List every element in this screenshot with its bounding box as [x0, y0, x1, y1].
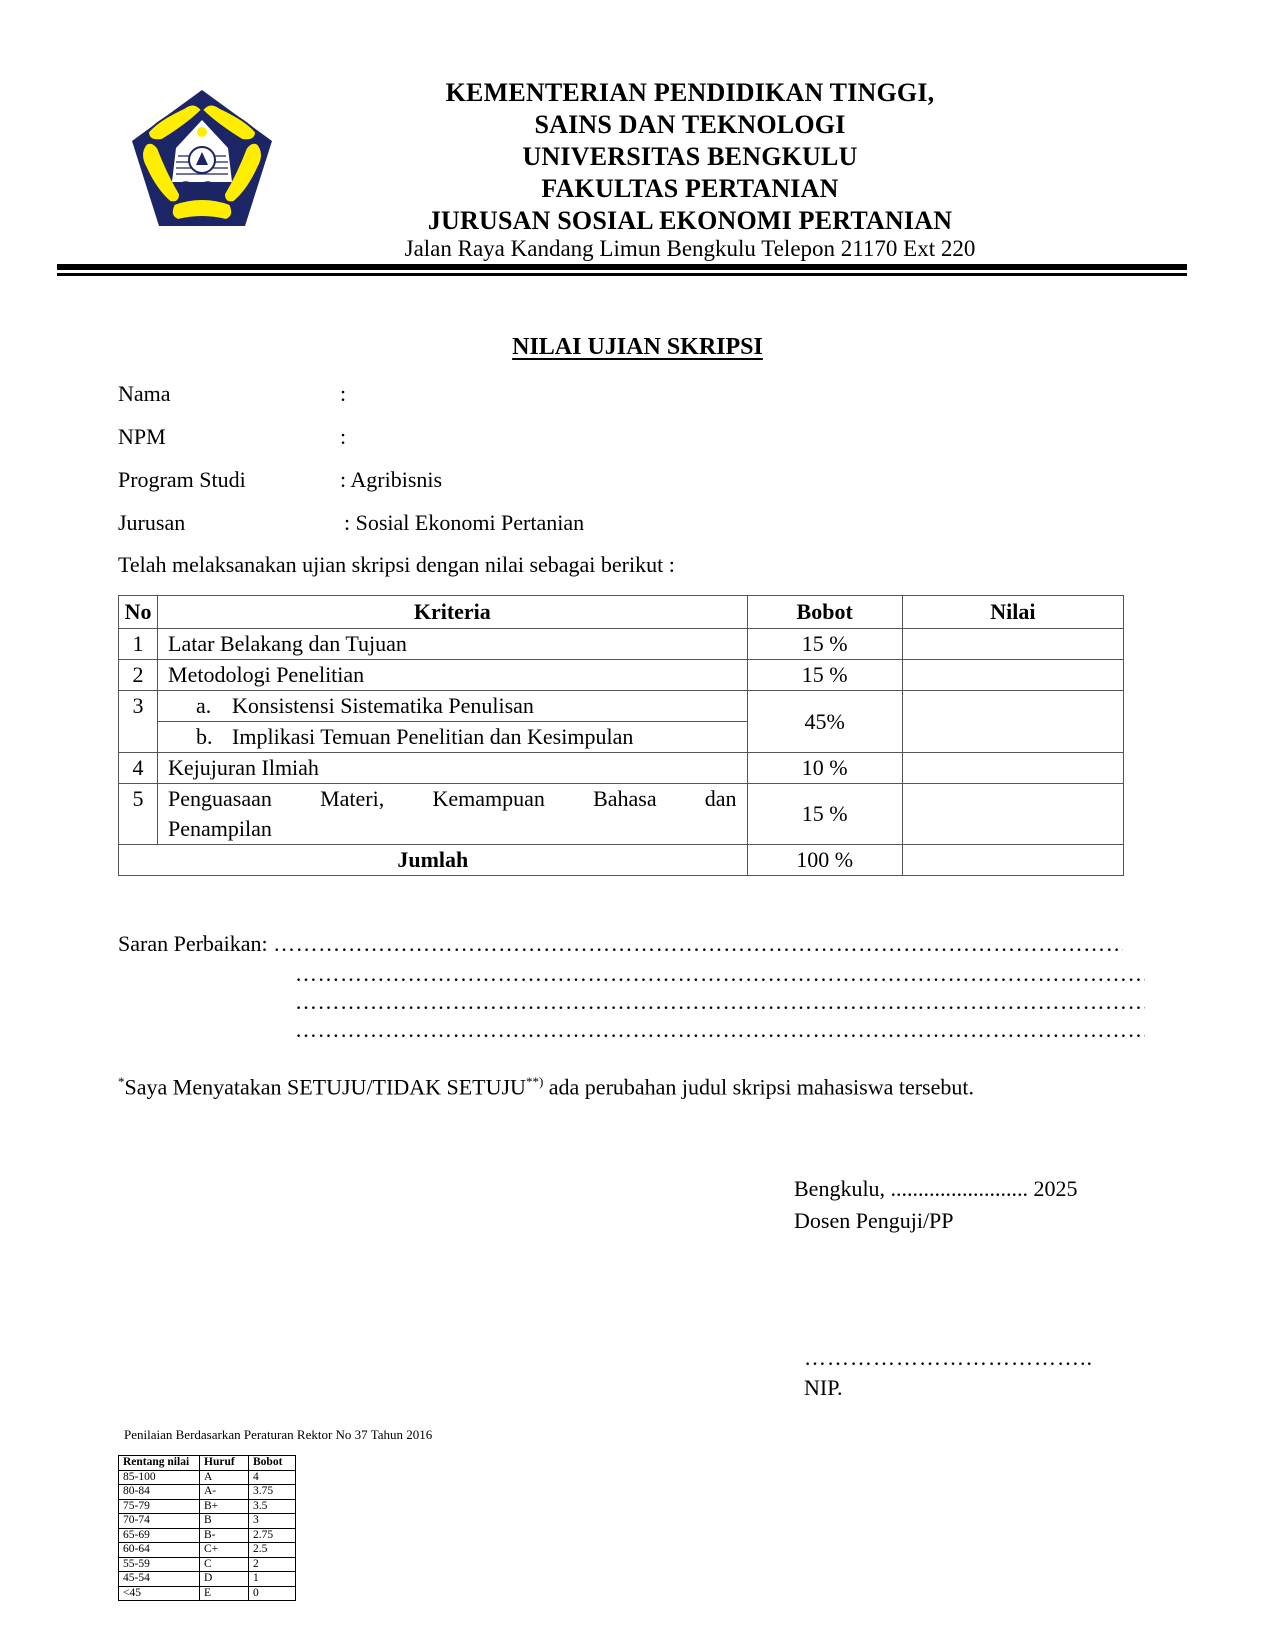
header-no: No: [119, 596, 158, 629]
grade-range: 75-79: [119, 1499, 200, 1514]
saran-input-line[interactable]: ……………………………………………………………………………………………………………: [295, 988, 1145, 1016]
letterhead-ministry-2: SAINS DAN TEKNOLOGI: [300, 109, 1080, 140]
statement-text-1: Saya Menyatakan SETUJU/TIDAK SETUJU: [125, 1074, 526, 1099]
field-value: :: [340, 424, 346, 449]
row-bobot: 15 %: [747, 629, 902, 660]
field-value: : Agribisnis: [340, 467, 442, 492]
grade-row: 55-59C2: [119, 1557, 296, 1572]
saran-line-3: ……………………………………………………………………………………………………………: [118, 988, 1145, 1016]
field-label: NPM: [118, 423, 340, 451]
header-bobot: Bobot: [747, 596, 902, 629]
sub-marker: b.: [196, 722, 232, 752]
grade-weight: 4: [249, 1470, 296, 1485]
grade-range: 80-84: [119, 1485, 200, 1500]
row-bobot: 15 %: [747, 784, 902, 845]
total-bobot: 100 %: [747, 845, 902, 876]
row-kriteria: Latar Belakang dan Tujuan: [158, 629, 748, 660]
letterhead-department: JURUSAN SOSIAL EKONOMI PERTANIAN: [300, 205, 1080, 236]
header-huruf: Huruf: [200, 1456, 249, 1471]
field-value: :: [340, 381, 346, 406]
letterhead-ministry: KEMENTERIAN PENDIDIKAN TINGGI,: [300, 77, 1080, 108]
letterhead-university: UNIVERSITAS BENGKULU: [300, 141, 1080, 172]
header-bobot: Bobot: [249, 1456, 296, 1471]
exam-score-table: No Kriteria Bobot Nilai 1 Latar Belakang…: [118, 595, 1124, 876]
letterhead-divider-thin: [57, 273, 1187, 276]
total-nilai-input[interactable]: [902, 845, 1123, 876]
grade-row: 70-74B3: [119, 1514, 296, 1529]
grade-letter: B-: [200, 1528, 249, 1543]
field-label: Program Studi: [118, 466, 340, 494]
sub-text: Konsistensi Sistematika Penulisan: [232, 693, 534, 718]
field-jurusan: Jurusan: Sosial Ekonomi Pertanian: [118, 509, 584, 537]
grade-letter: D: [200, 1572, 249, 1587]
saran-input-line[interactable]: ……………………………………………………………………………………………………………: [295, 960, 1145, 988]
field-program-studi: Program Studi: Agribisnis: [118, 466, 442, 494]
grade-row: 85-100A4: [119, 1470, 296, 1485]
kriteria-line-1: Penguasaan Materi, Kemampuan Bahasa dan: [168, 784, 737, 814]
footnote-mark: **): [526, 1074, 543, 1089]
row-nilai-input[interactable]: [902, 691, 1123, 753]
row-nilai-input[interactable]: [902, 660, 1123, 691]
grade-row: 75-79B+3.5: [119, 1499, 296, 1514]
grade-weight: 3: [249, 1514, 296, 1529]
word: Kemampuan: [432, 784, 544, 814]
word: Materi,: [320, 784, 384, 814]
sub-marker: a.: [196, 691, 232, 721]
row-nilai-input[interactable]: [902, 753, 1123, 784]
grade-range: <45: [119, 1586, 200, 1601]
grade-range: 45-54: [119, 1572, 200, 1587]
approval-statement: *Saya Menyatakan SETUJU/TIDAK SETUJU**) …: [118, 1074, 974, 1100]
grade-letter: B: [200, 1514, 249, 1529]
row-kriteria: Penguasaan Materi, Kemampuan Bahasa dan …: [158, 784, 748, 845]
grade-weight: 3.75: [249, 1485, 296, 1500]
grade-range: 65-69: [119, 1528, 200, 1543]
saran-input-line[interactable]: ……………………………………………………………………………………………………………: [273, 930, 1123, 958]
grade-letter: E: [200, 1586, 249, 1601]
grade-letter: C+: [200, 1543, 249, 1558]
grade-weight: 1: [249, 1572, 296, 1587]
row-bobot: 15 %: [747, 660, 902, 691]
field-label: Jurusan: [118, 509, 344, 537]
total-label: Jumlah: [119, 845, 748, 876]
row-kriteria: Kejujuran Ilmiah: [158, 753, 748, 784]
grade-weight: 2.5: [249, 1543, 296, 1558]
header-kriteria: Kriteria: [158, 596, 748, 629]
grade-range: 85-100: [119, 1470, 200, 1485]
grade-range: 70-74: [119, 1514, 200, 1529]
grade-row: 65-69B-2.75: [119, 1528, 296, 1543]
field-value: : Sosial Ekonomi Pertanian: [344, 510, 584, 535]
row-no: 4: [119, 753, 158, 784]
grade-range: 60-64: [119, 1543, 200, 1558]
saran-label: Saran Perbaikan:: [118, 931, 268, 956]
row-kriteria: Metodologi Penelitian: [158, 660, 748, 691]
row-bobot: 10 %: [747, 753, 902, 784]
intro-text: Telah melaksanakan ujian skripsi dengan …: [118, 552, 675, 578]
grade-weight: 2: [249, 1557, 296, 1572]
signature-place-date: Bengkulu, ......................... 2025: [794, 1176, 1078, 1202]
grade-weight: 3.5: [249, 1499, 296, 1514]
grade-row: 80-84A-3.75: [119, 1485, 296, 1500]
row-no: 1: [119, 629, 158, 660]
saran-input-line[interactable]: ……………………………………………………………………………………………………………: [295, 1016, 1145, 1044]
signature-role: Dosen Penguji/PP: [794, 1208, 954, 1234]
table-header-row: No Kriteria Bobot Nilai: [119, 596, 1124, 629]
row-no: 2: [119, 660, 158, 691]
row-kriteria-sub-b: b.Implikasi Temuan Penelitian dan Kesimp…: [158, 722, 748, 753]
page-title: NILAI UJIAN SKRIPSI: [0, 334, 1275, 361]
grade-weight: 2.75: [249, 1528, 296, 1543]
sub-text: Implikasi Temuan Penelitian dan Kesimpul…: [232, 724, 633, 749]
header-nilai: Nilai: [902, 596, 1123, 629]
word: Penguasaan: [168, 784, 272, 814]
word: Bahasa: [593, 784, 657, 814]
row-nilai-input[interactable]: [902, 629, 1123, 660]
grade-row: 45-54D1: [119, 1572, 296, 1587]
letterhead-address: Jalan Raya Kandang Limun Bengkulu Telepo…: [300, 235, 1080, 263]
grade-row: 60-64C+2.5: [119, 1543, 296, 1558]
field-npm: NPM:: [118, 423, 346, 451]
grading-note: Penilaian Berdasarkan Peraturan Rektor N…: [124, 1427, 432, 1443]
saran-line-2: ……………………………………………………………………………………………………………: [118, 960, 1145, 988]
saran-line-4: ……………………………………………………………………………………………………………: [118, 1016, 1145, 1044]
word: dan: [705, 784, 737, 814]
signature-nip: NIP.: [804, 1375, 843, 1401]
table-row: 4 Kejujuran Ilmiah 10 %: [119, 753, 1124, 784]
grade-header-row: Rentang nilai Huruf Bobot: [119, 1456, 296, 1471]
table-row: 2 Metodologi Penelitian 15 %: [119, 660, 1124, 691]
field-label: Nama: [118, 380, 340, 408]
row-kriteria-sub-a: a.Konsistensi Sistematika Penulisan: [158, 691, 748, 722]
row-no: 5: [119, 784, 158, 845]
table-total-row: Jumlah 100 %: [119, 845, 1124, 876]
grade-letter: A: [200, 1470, 249, 1485]
table-row: 1 Latar Belakang dan Tujuan 15 %: [119, 629, 1124, 660]
letterhead-faculty: FAKULTAS PERTANIAN: [300, 173, 1080, 204]
row-nilai-input[interactable]: [902, 784, 1123, 845]
signature-name-line[interactable]: ………………………………..: [804, 1345, 1093, 1371]
kriteria-line-2: Penampilan: [168, 814, 737, 844]
field-nama: Nama:: [118, 380, 346, 408]
header-rentang: Rentang nilai: [119, 1456, 200, 1471]
grade-scale-table: Rentang nilai Huruf Bobot 85-100A4 80-84…: [118, 1455, 296, 1601]
statement-text-2: ada perubahan judul skripsi mahasiswa te…: [543, 1074, 974, 1099]
row-no: 3: [119, 691, 158, 753]
grade-letter: B+: [200, 1499, 249, 1514]
letterhead-divider-thick: [57, 264, 1187, 270]
table-row: 5 Penguasaan Materi, Kemampuan Bahasa da…: [119, 784, 1124, 845]
grade-row: <45E0: [119, 1586, 296, 1601]
grade-letter: A-: [200, 1485, 249, 1500]
grade-letter: C: [200, 1557, 249, 1572]
row-bobot: 45%: [747, 691, 902, 753]
table-row: 3 a.Konsistensi Sistematika Penulisan 45…: [119, 691, 1124, 722]
university-logo-icon: [128, 86, 276, 234]
grade-range: 55-59: [119, 1557, 200, 1572]
saran-line-1: Saran Perbaikan: ………………………………………………………………: [118, 930, 1123, 958]
grade-weight: 0: [249, 1586, 296, 1601]
